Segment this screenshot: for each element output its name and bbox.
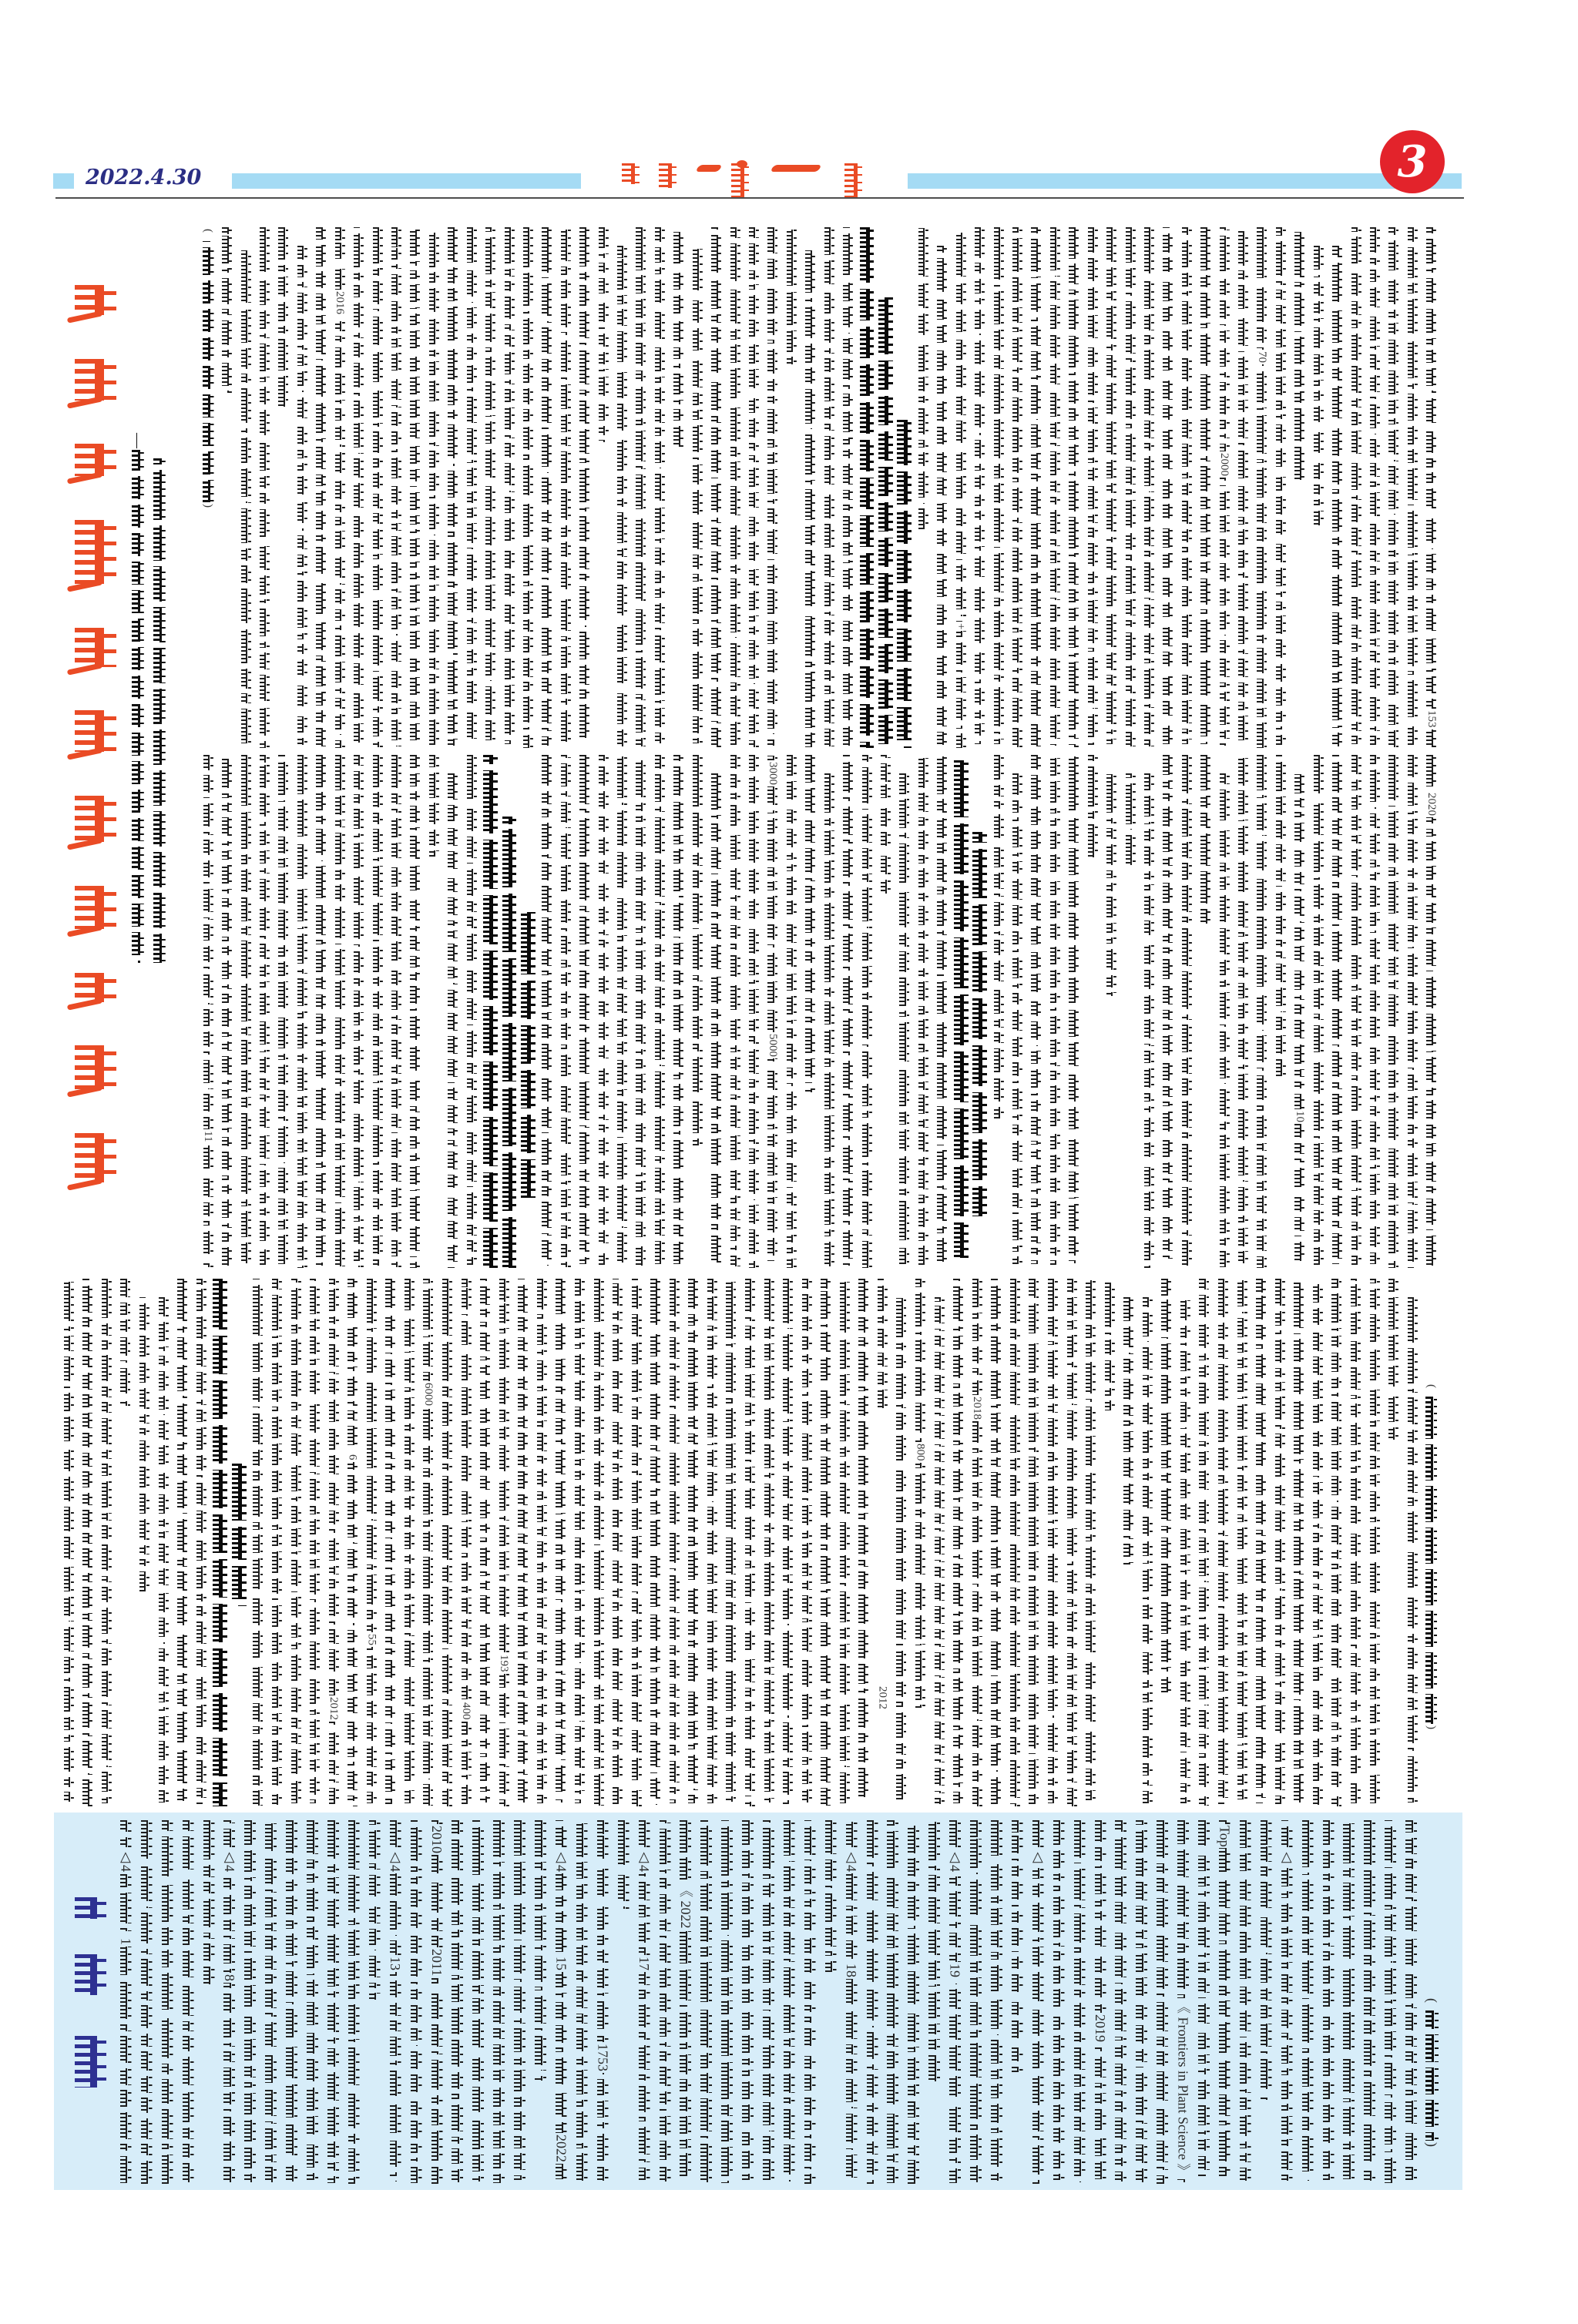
text-column: [139, 1297, 149, 1591]
text-column: [711, 773, 721, 1268]
text-column: [846, 1820, 858, 2181]
text-column: [1012, 227, 1022, 747]
text-band-1: ()2016+200070153: [199, 227, 1441, 748]
text-column: [390, 1820, 401, 2181]
text-column: [391, 227, 401, 746]
masthead-glyph: [695, 165, 722, 172]
text-column: [410, 755, 420, 1268]
article-subtitle: —: [127, 431, 170, 963]
text-column: [120, 1820, 132, 2183]
text-column: [688, 1279, 698, 1803]
text-column: [617, 246, 627, 748]
text-column: [1199, 1279, 1209, 1806]
news-digest-box: ()2010201120221753《 20222019《 Frontiers …: [54, 1813, 1462, 2190]
text-column: [824, 227, 834, 746]
headline-word: [64, 444, 119, 476]
text-column: [82, 1279, 92, 1806]
masthead-glyph: [730, 163, 750, 197]
subheading-line: [213, 1279, 227, 1806]
text-column: [278, 227, 288, 407]
news-item-day: 17: [636, 1955, 652, 1972]
text-column: [120, 1279, 130, 1406]
inline-latin-text: 《 Frontiers in Plant Science 》: [1176, 1998, 1191, 2178]
text-column: [1294, 773, 1304, 1266]
text-column: [1180, 1297, 1190, 1806]
text-column: [1294, 227, 1304, 481]
text-column: [1313, 1279, 1323, 1805]
source-note-line: [203, 241, 214, 502]
text-column: [203, 755, 213, 1267]
text-column: [278, 755, 288, 1264]
text-column: [1408, 755, 1418, 1268]
text-column: [1200, 755, 1210, 927]
headline-word: [64, 359, 119, 401]
header-rule: [55, 197, 1464, 199]
text-column: [354, 755, 364, 1267]
text-column: [1275, 1279, 1285, 1804]
text-column: [1314, 246, 1324, 525]
text-column: [1314, 755, 1324, 1265]
text-column: [749, 227, 759, 747]
text-column: [1370, 755, 1380, 1264]
text-column: [1010, 1279, 1020, 1806]
news-digest-body: ()2010201120221753《 20222019《 Frontiers …: [116, 1820, 1442, 2184]
inline-number: 6000: [421, 1381, 435, 1407]
text-column: [1351, 1279, 1361, 1803]
text-column: [542, 227, 552, 746]
text-column: [203, 1820, 215, 1984]
text-column: [1088, 227, 1098, 745]
text-column: [335, 755, 345, 1266]
inline-number: 153: [1425, 709, 1439, 729]
text-column: [347, 1279, 358, 1806]
news-item-day: 18: [844, 1962, 859, 1979]
subheading-line: [483, 755, 498, 1268]
text-column: [316, 755, 326, 1266]
text-column: [1012, 1820, 1023, 2072]
inline-number: 3000: [766, 760, 780, 786]
header-bar-left: [232, 173, 581, 189]
inline-number: 《 2022: [678, 1882, 693, 1930]
text-column: [1405, 1820, 1417, 2180]
news-item-day: 19: [948, 1962, 963, 1979]
text-column: [680, 1820, 691, 2181]
text-column: [579, 755, 589, 1264]
text-column: [617, 755, 627, 1266]
text-column: [899, 773, 909, 1264]
text-column: [1388, 227, 1398, 747]
inline-number: 70: [1255, 350, 1269, 364]
text-column: [1408, 227, 1418, 745]
text-column: [1261, 1820, 1272, 2100]
subheading-line: [972, 832, 987, 1217]
inline-number: 2016: [333, 290, 347, 316]
text-column: [599, 755, 609, 1265]
text-column: [316, 227, 326, 746]
text-column: [297, 755, 307, 1268]
text-column: [222, 227, 232, 393]
news-item-bullet: △4: [388, 1847, 403, 1873]
text-column: [141, 1820, 153, 2184]
news-digest-title-word: [67, 2036, 108, 2088]
text-column: [452, 1820, 463, 2182]
text-column: [1276, 755, 1286, 1076]
text-column: [348, 1820, 360, 2184]
text-column: [1294, 1279, 1304, 1804]
text-column: [499, 1279, 509, 1806]
subtitle-line: [132, 450, 144, 963]
text-column: [1323, 1820, 1335, 2180]
text-column: [1385, 1820, 1396, 2183]
text-column: [373, 755, 383, 1266]
text-column: [561, 227, 571, 744]
text-column: [632, 1279, 642, 1806]
text-column: [1163, 755, 1173, 1264]
news-item-bullet: △4: [844, 1847, 859, 1873]
headline-word: [64, 796, 119, 842]
text-column: [599, 227, 609, 442]
subheading-line: [860, 227, 875, 748]
text-column: [1069, 755, 1079, 1267]
source-paren-open: (: [1425, 1383, 1439, 1390]
text-column: [297, 246, 307, 745]
text-column: [730, 227, 740, 745]
text-column: [272, 1279, 282, 1805]
text-column: [726, 1279, 736, 1804]
text-column: [1370, 227, 1380, 745]
text-column: [824, 773, 834, 1266]
text-column: [1218, 1279, 1228, 1804]
text-column: [1332, 755, 1342, 1264]
text-column: [1220, 227, 1230, 746]
text-column: [787, 755, 797, 1268]
text-column: [1050, 227, 1060, 746]
text-column: [286, 1820, 297, 2181]
text-column: [442, 1279, 452, 1806]
text-column: [636, 227, 646, 746]
text-column: [291, 1279, 301, 1803]
text-column: [1143, 1297, 1153, 1803]
text-column: [935, 1297, 945, 1804]
news-item-bullet: △: [1279, 1847, 1294, 1866]
text-column: [1220, 773, 1230, 1267]
article-headline: [62, 285, 122, 1182]
text-column: [505, 227, 515, 744]
text-column: [858, 1279, 868, 1806]
text-column: [991, 1279, 1001, 1804]
text-column: [329, 1279, 339, 1804]
text-column: [742, 1820, 754, 2180]
source-paren-open: (: [201, 227, 215, 234]
headline-word: [64, 886, 119, 929]
news-digest-title: [67, 1813, 108, 2190]
text-column: [576, 1820, 588, 2183]
inline-number: 2012: [327, 1695, 341, 1722]
text-column: [431, 1820, 443, 2184]
text-column: [1257, 227, 1267, 748]
text-column: [429, 755, 439, 857]
inline-number: 2022: [553, 2133, 569, 2164]
text-column: [493, 1820, 505, 2183]
text-column: [928, 1820, 940, 2085]
text-column: [480, 1279, 490, 1803]
news-item-bullet: △4: [222, 1847, 237, 1873]
text-column: [514, 1820, 525, 2180]
text-column: [467, 227, 477, 746]
headline-word: [64, 285, 119, 315]
text-column: [542, 755, 552, 1266]
text-column: [1106, 773, 1116, 1001]
text-column: [1240, 1820, 1251, 2181]
text-column: [1302, 1820, 1314, 2181]
text-column: [310, 1279, 320, 1803]
news-digest-title-word: [67, 1954, 108, 1995]
text-column: [1343, 1820, 1355, 2181]
text-column: [805, 755, 815, 1092]
inline-number: 2018: [970, 1395, 984, 1421]
text-column: [1031, 227, 1041, 746]
text-column: [881, 755, 891, 895]
text-column: [918, 227, 928, 534]
text-column: [1086, 1279, 1096, 1804]
inline-number: 11: [201, 1129, 215, 1143]
text-column: [556, 1279, 566, 1803]
text-column: [749, 755, 759, 1268]
text-column: [764, 1279, 774, 1803]
news-item-bullet: △4: [553, 1847, 569, 1873]
text-column: [1388, 1279, 1398, 1440]
text-column: [862, 755, 872, 1268]
text-column: [1157, 1820, 1168, 2184]
text-column: [953, 1279, 963, 1803]
text-column: [265, 1820, 277, 2182]
text-column: [805, 246, 815, 748]
text-column: [975, 227, 985, 744]
text-column: [260, 755, 270, 1265]
text-column: [222, 755, 232, 1267]
page-number-badge: 3: [1380, 130, 1445, 193]
text-column: [183, 1820, 194, 2182]
text-column: [467, 755, 477, 1265]
text-column: [64, 1279, 74, 1804]
text-column: [1238, 227, 1248, 745]
text-column: [784, 1820, 795, 2181]
text-column: [579, 227, 589, 745]
inline-number: 6: [346, 1453, 360, 1462]
text-column: [956, 227, 966, 748]
masthead-glyph: [843, 163, 863, 197]
text-column: [162, 1820, 173, 2184]
text-column: [385, 1279, 395, 1804]
subheading-line: [897, 420, 912, 748]
news-digest-title-word: [67, 1897, 108, 1919]
headline-word: [64, 1133, 119, 1182]
source-note-line: [1425, 2010, 1439, 2141]
text-column: [763, 1820, 774, 2180]
text-column: [1238, 755, 1248, 1266]
text-column: [244, 1820, 256, 2182]
text-column: [970, 1820, 982, 2184]
text-column: [1237, 1279, 1247, 1803]
text-column: [1364, 1820, 1375, 2181]
text-column: [639, 1820, 650, 2180]
text-band-3: ()2012655600040019320128002018: [59, 1279, 1441, 1806]
text-column: [802, 1279, 812, 1806]
text-column: [448, 227, 458, 746]
text-column: [1029, 1279, 1039, 1804]
text-column: [693, 755, 703, 1145]
text-column: [1182, 755, 1192, 1266]
text-column: [991, 1820, 1002, 2181]
text-column: [354, 227, 364, 747]
news-item-day: 15: [553, 1955, 569, 1972]
text-column: [423, 1279, 433, 1806]
text-column: [1351, 755, 1361, 1265]
text-column: [1408, 1297, 1418, 1803]
text-column: [721, 1820, 733, 2183]
inline-number: 2010: [429, 1824, 445, 1855]
headline-word: [64, 520, 119, 584]
inline-number: 2019: [1093, 2013, 1108, 2044]
source-paren-close: ): [201, 502, 215, 509]
text-column: [937, 246, 947, 745]
text-column: [241, 755, 251, 1265]
text-column: [618, 1820, 630, 1909]
text-column: [556, 1820, 567, 2181]
text-column: [1050, 755, 1060, 1267]
inline-number: 193: [497, 1653, 511, 1674]
text-column: [1257, 755, 1267, 1268]
text-column: [1331, 1279, 1341, 1806]
inline-number: 2000: [1217, 451, 1231, 478]
text-column: [670, 1279, 680, 1803]
text-column: [878, 1279, 888, 1408]
text-column: [1144, 227, 1154, 746]
issue-date: 2022.4.30: [86, 166, 201, 190]
text-column: [825, 1820, 837, 1972]
text-column: [821, 1279, 831, 1806]
text-column: [700, 1820, 712, 2182]
text-column: [908, 1820, 919, 2184]
text-column: [1351, 227, 1361, 744]
text-column: [327, 1820, 339, 2183]
text-column: [1053, 1820, 1065, 2180]
text-column: [1332, 246, 1342, 746]
text-column: [535, 1820, 546, 2081]
text-column: [937, 755, 947, 1266]
text-column: [594, 1279, 604, 1806]
text-column: [650, 1279, 660, 1805]
text-band-2: 1130005000102020: [199, 755, 1441, 1268]
text-column: [485, 227, 495, 744]
inline-number: 55: [364, 1632, 378, 1647]
text-column: [1281, 1820, 1293, 2181]
masthead-glyph: [620, 163, 640, 184]
headline-word: [64, 973, 119, 1002]
news-item-bullet: △: [1030, 1847, 1046, 1866]
text-column: [159, 1297, 169, 1803]
text-column: [1126, 773, 1136, 865]
text-column: [918, 755, 928, 1267]
text-column: [994, 227, 1004, 744]
text-column: [462, 1279, 472, 1804]
text-column: [448, 773, 458, 1268]
text-column: [1370, 1279, 1380, 1803]
news-item-day: 1: [118, 1937, 133, 1947]
text-column: [518, 1279, 528, 1803]
text-column: [1074, 1820, 1086, 2182]
news-item-bullet: △4: [118, 1847, 133, 1873]
masthead-glyph: [770, 165, 821, 172]
text-column: [655, 227, 665, 745]
source-paren-open: (: [1425, 1997, 1440, 2004]
text-column: [673, 755, 683, 1264]
text-column: [1106, 227, 1116, 744]
text-column: [655, 755, 665, 1264]
text-column: [1126, 227, 1136, 747]
text-column: [177, 1279, 187, 1803]
text-column: [561, 755, 571, 1267]
text-column: [787, 227, 797, 367]
inline-number: 2020: [1425, 791, 1439, 817]
text-column: [472, 1820, 484, 2181]
text-column: [1069, 227, 1079, 747]
text-column: [972, 1279, 982, 1806]
text-column: [1136, 1820, 1147, 2182]
text-column: [1012, 773, 1022, 1264]
inline-number: 10: [1293, 1109, 1307, 1124]
text-column: [102, 1279, 112, 1803]
text-column: [1198, 1820, 1210, 2181]
inline-number: 400: [459, 1701, 473, 1722]
text-column: [707, 1279, 717, 1803]
subheading-line: [502, 817, 517, 1268]
text-column: [1200, 227, 1210, 744]
text-column: [843, 755, 853, 1266]
text-column: [1123, 1297, 1133, 1564]
text-column: [745, 1279, 755, 1806]
inline-number: 2012: [875, 1685, 889, 1711]
text-column: [915, 1279, 925, 1708]
inline-number: +: [954, 622, 968, 631]
text-column: [636, 755, 646, 1266]
text-column: [1048, 1279, 1058, 1803]
text-column: [1105, 1279, 1115, 1412]
text-column: [1032, 1820, 1044, 2184]
headline-word: [64, 1045, 119, 1089]
text-column: [767, 755, 777, 1266]
text-column: [429, 227, 439, 745]
text-column: [887, 1820, 898, 2183]
subtitle-dash: —: [131, 431, 145, 450]
text-column: [1426, 755, 1436, 1266]
text-column: [523, 227, 533, 748]
text-column: [1256, 1279, 1266, 1803]
text-column: [896, 1297, 906, 1804]
subheading-line: [954, 760, 969, 1258]
source-paren-close: ): [1425, 1724, 1439, 1731]
text-column: [1067, 1279, 1077, 1806]
text-column: [1161, 1279, 1171, 1692]
subheading-line: [878, 295, 893, 748]
text-column: [767, 227, 777, 746]
text-column: [405, 1279, 415, 1803]
text-column: [660, 1820, 671, 2181]
news-item-bullet: △4: [636, 1847, 652, 1873]
inline-number: 2011: [429, 1947, 445, 1977]
inline-number: 800: [914, 1442, 928, 1463]
inline-latin-text: Top: [1217, 1824, 1232, 1849]
